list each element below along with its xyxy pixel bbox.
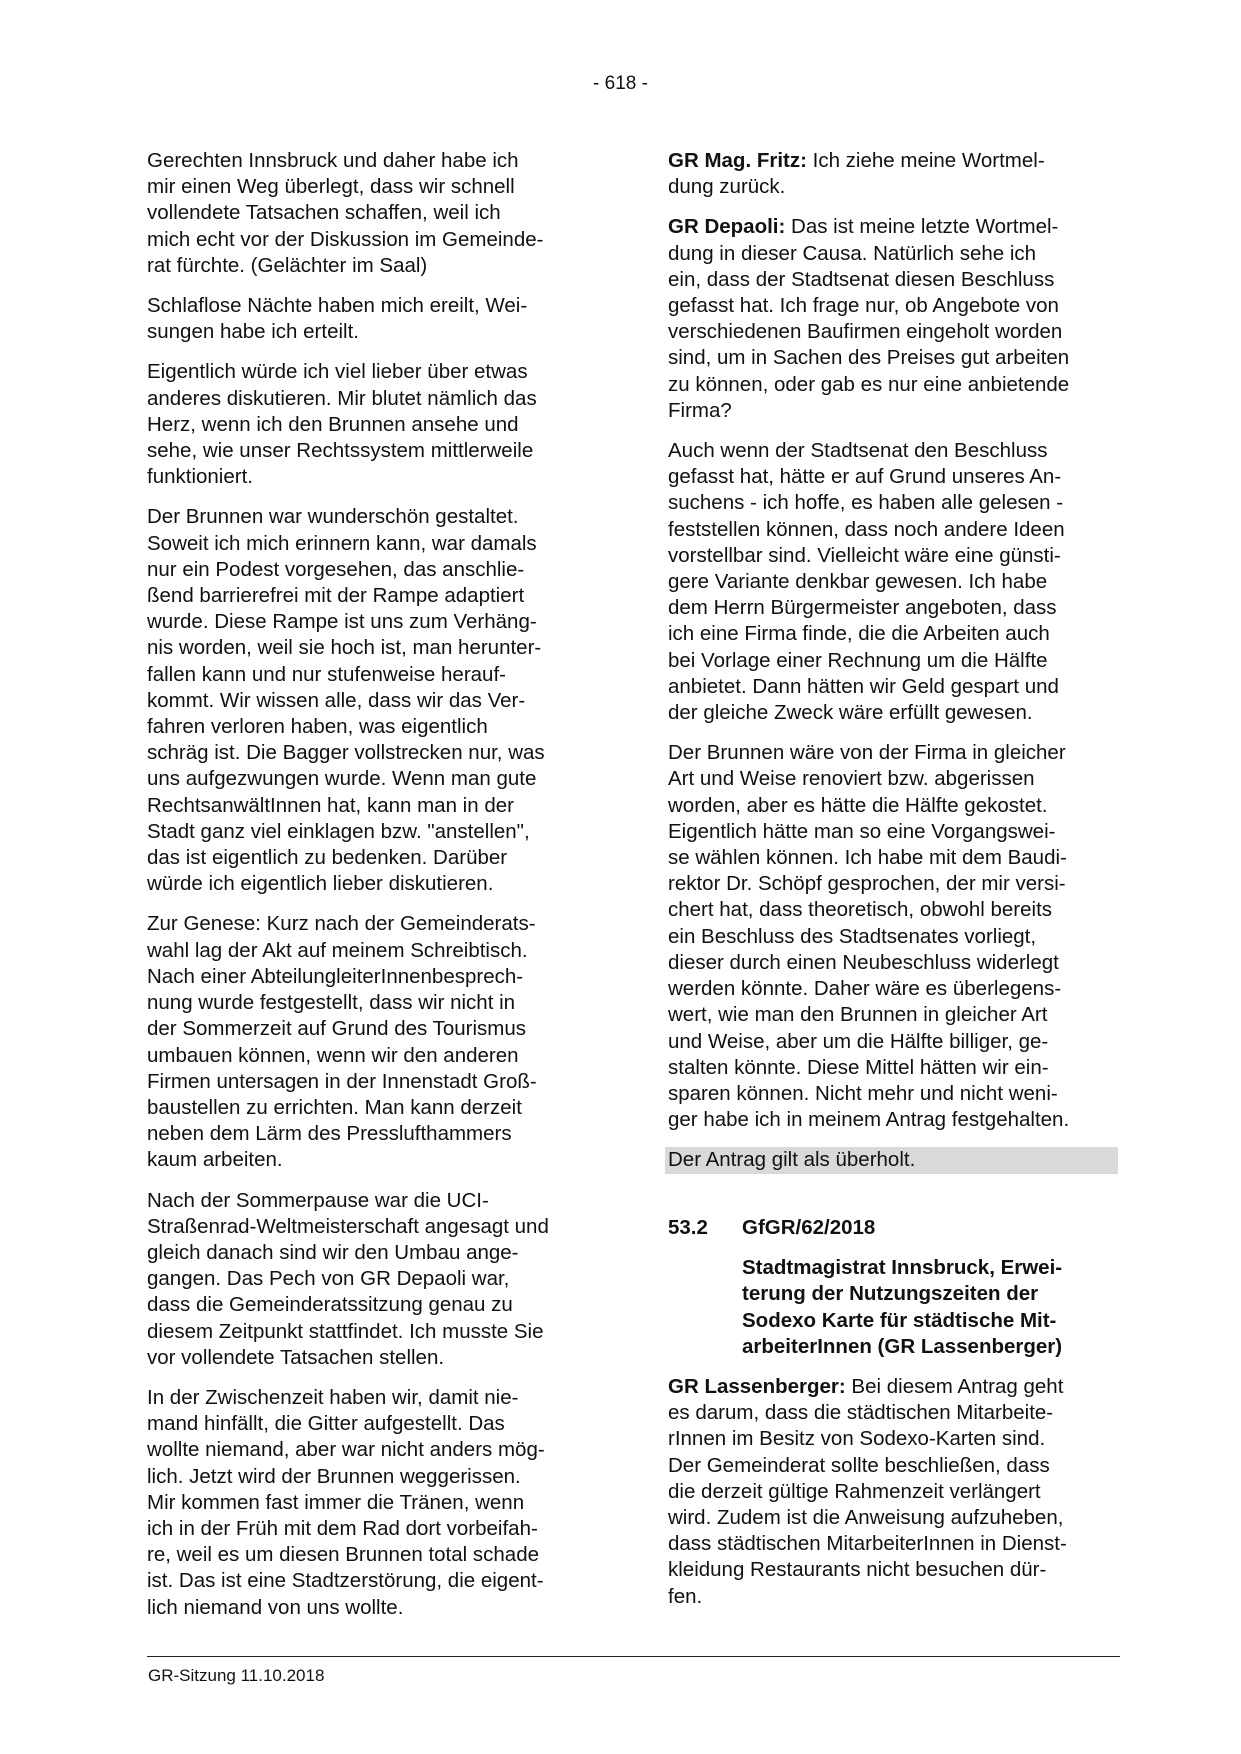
speaker-name: GR Lassenberger: (668, 1375, 846, 1398)
text-line: rektor Dr. Schöpf gesprochen, der mir ve… (668, 871, 1128, 897)
text-line: In der Zwischenzeit haben wir, damit nie… (147, 1385, 607, 1411)
text-line: fallen kann und nur stufenweise herauf- (147, 662, 607, 688)
agenda-item-reference: GfGR/62/2018 (742, 1215, 875, 1241)
paragraph-left-7: In der Zwischenzeit haben wir, damit nie… (147, 1385, 607, 1621)
text-line: dung zurück. (668, 174, 1128, 200)
statement-depaoli: GR Depaoli: Das ist meine letzte Wortmel… (668, 214, 1128, 424)
title-line: terung der Nutzungszeiten der (742, 1281, 1128, 1307)
text-line: sparen können. Nicht mehr und nicht weni… (668, 1081, 1128, 1107)
text-line: dieser durch einen Neubeschluss widerleg… (668, 950, 1128, 976)
text-line: die derzeit gültige Rahmenzeit verlänger… (668, 1479, 1128, 1505)
speaker-name: GR Depaoli: (668, 215, 785, 238)
text-line: anbietet. Dann hätten wir Geld gespart u… (668, 674, 1128, 700)
text-line: fen. (668, 1584, 1128, 1610)
agenda-item-number: 53.2 (668, 1215, 742, 1241)
paragraph-left-4: Der Brunnen war wunderschön gestaltet. S… (147, 504, 607, 897)
paragraph-right-1: Auch wenn der Stadtsenat den Beschluss g… (668, 438, 1128, 726)
text-line: sungen habe ich erteilt. (147, 319, 607, 345)
text-line: stalten könnte. Diese Mittel hätten wir … (668, 1055, 1128, 1081)
text-line: wurde. Diese Rampe ist uns zum Verhäng- (147, 609, 607, 635)
text-line: vorstellbar sind. Vielleicht wäre eine g… (668, 543, 1128, 569)
text-line: vollendete Tatsachen schaffen, weil ich (147, 200, 607, 226)
text-line: lich niemand von uns wollte. (147, 1595, 607, 1621)
text-line: ein Beschluss des Stadtsenates vorliegt, (668, 924, 1128, 950)
text-line: Zur Genese: Kurz nach der Gemeinderats- (147, 911, 607, 937)
text-line: Mir kommen fast immer die Tränen, wenn (147, 1490, 607, 1516)
text-line: chert hat, dass theoretisch, obwohl bere… (668, 897, 1128, 923)
text-line: fahren verloren haben, was eigentlich (147, 714, 607, 740)
text-line: uns aufgezwungen wurde. Wenn man gute (147, 766, 607, 792)
text-line: Ich ziehe meine Wortmel- (807, 149, 1045, 172)
paragraph-left-3: Eigentlich würde ich viel lieber über et… (147, 359, 607, 490)
text-line: Stadt ganz viel einklagen bzw. "anstelle… (147, 819, 607, 845)
footer-session-date: GR-Sitzung 11.10.2018 (148, 1665, 324, 1687)
text-line: lich. Jetzt wird der Brunnen weggerissen… (147, 1464, 607, 1490)
right-column: GR Mag. Fritz: Ich ziehe meine Wortmel- … (668, 148, 1128, 1188)
text-line: Schlaflose Nächte haben mich ereilt, Wei… (147, 293, 607, 319)
text-line: ein, dass der Stadtsenat diesen Beschlus… (668, 267, 1128, 293)
text-line: nis worden, weil sie hoch ist, man herun… (147, 635, 607, 661)
text-line: re, weil es um diesen Brunnen total scha… (147, 1542, 607, 1568)
text-line: verschiedenen Baufirmen eingeholt worden (668, 319, 1128, 345)
text-line: wird. Zudem ist die Anweisung aufzuheben… (668, 1505, 1128, 1531)
left-column: Gerechten Innsbruck und daher habe ich m… (147, 148, 607, 1635)
text-line: Nach der Sommerpause war die UCI- (147, 1188, 607, 1214)
statement-fritz: GR Mag. Fritz: Ich ziehe meine Wortmel- … (668, 148, 1128, 200)
agenda-item-title: Stadtmagistrat Innsbruck, Erwei- terung … (742, 1255, 1128, 1360)
text-line: Soweit ich mich erinnern kann, war damal… (147, 531, 607, 557)
text-line: RechtsanwältInnen hat, kann man in der (147, 793, 607, 819)
text-line: Art und Weise renoviert bzw. abgerissen (668, 766, 1128, 792)
text-line: Auch wenn der Stadtsenat den Beschluss (668, 438, 1128, 464)
text-line: werden könnte. Daher wäre es überlegens- (668, 976, 1128, 1002)
text-line: wahl lag der Akt auf meinem Schreibtisch… (147, 938, 607, 964)
text-line: rInnen im Besitz von Sodexo-Karten sind. (668, 1426, 1128, 1452)
text-line: Das ist meine letzte Wortmel- (785, 215, 1058, 238)
text-line: diesem Zeitpunkt stattfindet. Ich musste… (147, 1319, 607, 1345)
paragraph-left-6: Nach der Sommerpause war die UCI- Straße… (147, 1188, 607, 1371)
text-line: gere Variante denkbar gewesen. Ich habe (668, 569, 1128, 595)
text-line: dass die Gemeinderatssitzung genau zu (147, 1292, 607, 1318)
text-line: der Sommerzeit auf Grund des Tourismus (147, 1016, 607, 1042)
text-line: es darum, dass die städtischen Mitarbeit… (668, 1400, 1128, 1426)
text-line: sind, um in Sachen des Preises gut arbei… (668, 345, 1128, 371)
statement-lassenberger: GR Lassenberger: Bei diesem Antrag geht … (668, 1374, 1128, 1610)
footer-divider (147, 1656, 1120, 1657)
text-line: nur ein Podest vorgesehen, das anschlie- (147, 557, 607, 583)
text-line: das ist eigentlich zu bedenken. Darüber (147, 845, 607, 871)
text-line: Gerechten Innsbruck und daher habe ich (147, 148, 607, 174)
text-line: Der Brunnen war wunderschön gestaltet. (147, 504, 607, 530)
text-line: suchens - ich hoffe, es haben alle geles… (668, 490, 1128, 516)
text-line: bei Vorlage einer Rechnung um die Hälfte (668, 648, 1128, 674)
text-line: ich eine Firma finde, die die Arbeiten a… (668, 621, 1128, 647)
text-line: würde ich eigentlich lieber diskutieren. (147, 871, 607, 897)
text-line: ist. Das ist eine Stadtzerstörung, die e… (147, 1568, 607, 1594)
title-line: Sodexo Karte für städtische Mit- (742, 1308, 1128, 1334)
text-line: und Weise, aber um die Hälfte billiger, … (668, 1029, 1128, 1055)
text-line: gangen. Das Pech von GR Depaoli war, (147, 1266, 607, 1292)
text-line: Straßenrad-Weltmeisterschaft angesagt un… (147, 1214, 607, 1240)
text-line: gefasst hat, hätte er auf Grund unseres … (668, 464, 1128, 490)
text-line: kaum arbeiten. (147, 1147, 607, 1173)
text-line: Firma? (668, 398, 1128, 424)
text-line: mand hinfällt, die Gitter aufgestellt. D… (147, 1411, 607, 1437)
text-line: dem Herrn Bürgermeister angeboten, dass (668, 595, 1128, 621)
agenda-item-53-2: 53.2 GfGR/62/2018 Stadtmagistrat Innsbru… (668, 1215, 1128, 1624)
text-line: gefasst hat. Ich frage nur, ob Angebote … (668, 293, 1128, 319)
text-line: vor vollendete Tatsachen stellen. (147, 1345, 607, 1371)
text-line: der gleiche Zweck wäre erfüllt gewesen. (668, 700, 1128, 726)
text-line: ger habe ich in meinem Antrag festgehalt… (668, 1107, 1128, 1133)
text-line: Nach einer AbteilungleiterInnenbesprech- (147, 964, 607, 990)
text-line: feststellen können, dass noch andere Ide… (668, 517, 1128, 543)
text-line: kommt. Wir wissen alle, dass wir das Ver… (147, 688, 607, 714)
text-line: anderes diskutieren. Mir blutet nämlich … (147, 386, 607, 412)
text-line: wert, wie man den Brunnen in gleicher Ar… (668, 1002, 1128, 1028)
text-line: baustellen zu errichten. Man kann derzei… (147, 1095, 607, 1121)
resolution-note: Der Antrag gilt als überholt. (665, 1147, 1118, 1173)
text-line: dung in dieser Causa. Natürlich sehe ich (668, 241, 1128, 267)
text-line: kleidung Restaurants nicht besuchen dür- (668, 1557, 1128, 1583)
title-line: arbeiterInnen (GR Lassenberger) (742, 1334, 1128, 1360)
text-line: mich echt vor der Diskussion im Gemeinde… (147, 227, 607, 253)
page-number: - 618 - (0, 72, 1241, 96)
text-line: ßend barrierefrei mit der Rampe adaptier… (147, 583, 607, 609)
text-line: Firmen untersagen in der Innenstadt Groß… (147, 1069, 607, 1095)
text-line: zu können, oder gab es nur eine anbieten… (668, 372, 1128, 398)
agenda-item-heading: 53.2 GfGR/62/2018 (668, 1215, 1128, 1241)
text-line: umbauen können, wenn wir den anderen (147, 1043, 607, 1069)
speaker-name: GR Mag. Fritz: (668, 149, 807, 172)
text-line: funktioniert. (147, 464, 607, 490)
paragraph-left-1: Gerechten Innsbruck und daher habe ich m… (147, 148, 607, 279)
text-line: Eigentlich würde ich viel lieber über et… (147, 359, 607, 385)
text-line: Der Brunnen wäre von der Firma in gleich… (668, 740, 1128, 766)
text-line: gleich danach sind wir den Umbau ange- (147, 1240, 607, 1266)
text-line: Der Gemeinderat sollte beschließen, dass (668, 1453, 1128, 1479)
text-line: mir einen Weg überlegt, dass wir schnell (147, 174, 607, 200)
paragraph-left-5: Zur Genese: Kurz nach der Gemeinderats- … (147, 911, 607, 1173)
text-line: neben dem Lärm des Presslufthammers (147, 1121, 607, 1147)
text-line: ich in der Früh mit dem Rad dort vorbeif… (147, 1516, 607, 1542)
text-line: wollte niemand, aber war nicht anders mö… (147, 1437, 607, 1463)
paragraph-left-2: Schlaflose Nächte haben mich ereilt, Wei… (147, 293, 607, 345)
text-line: nung wurde festgestellt, dass wir nicht … (147, 990, 607, 1016)
text-line: Eigentlich hätte man so eine Vorgangswei… (668, 819, 1128, 845)
title-line: Stadtmagistrat Innsbruck, Erwei- (742, 1255, 1128, 1281)
text-line: se wählen können. Ich habe mit dem Baudi… (668, 845, 1128, 871)
text-line: worden, aber es hätte die Hälfte gekoste… (668, 793, 1128, 819)
text-line: sehe, wie unser Rechtssystem mittlerweil… (147, 438, 607, 464)
text-line: Herz, wenn ich den Brunnen ansehe und (147, 412, 607, 438)
text-line: dass städtischen MitarbeiterInnen in Die… (668, 1531, 1128, 1557)
text-line: schräg ist. Die Bagger vollstrecken nur,… (147, 740, 607, 766)
text-line: rat fürchte. (Gelächter im Saal) (147, 253, 607, 279)
text-line: Bei diesem Antrag geht (846, 1375, 1064, 1398)
paragraph-right-2: Der Brunnen wäre von der Firma in gleich… (668, 740, 1128, 1133)
